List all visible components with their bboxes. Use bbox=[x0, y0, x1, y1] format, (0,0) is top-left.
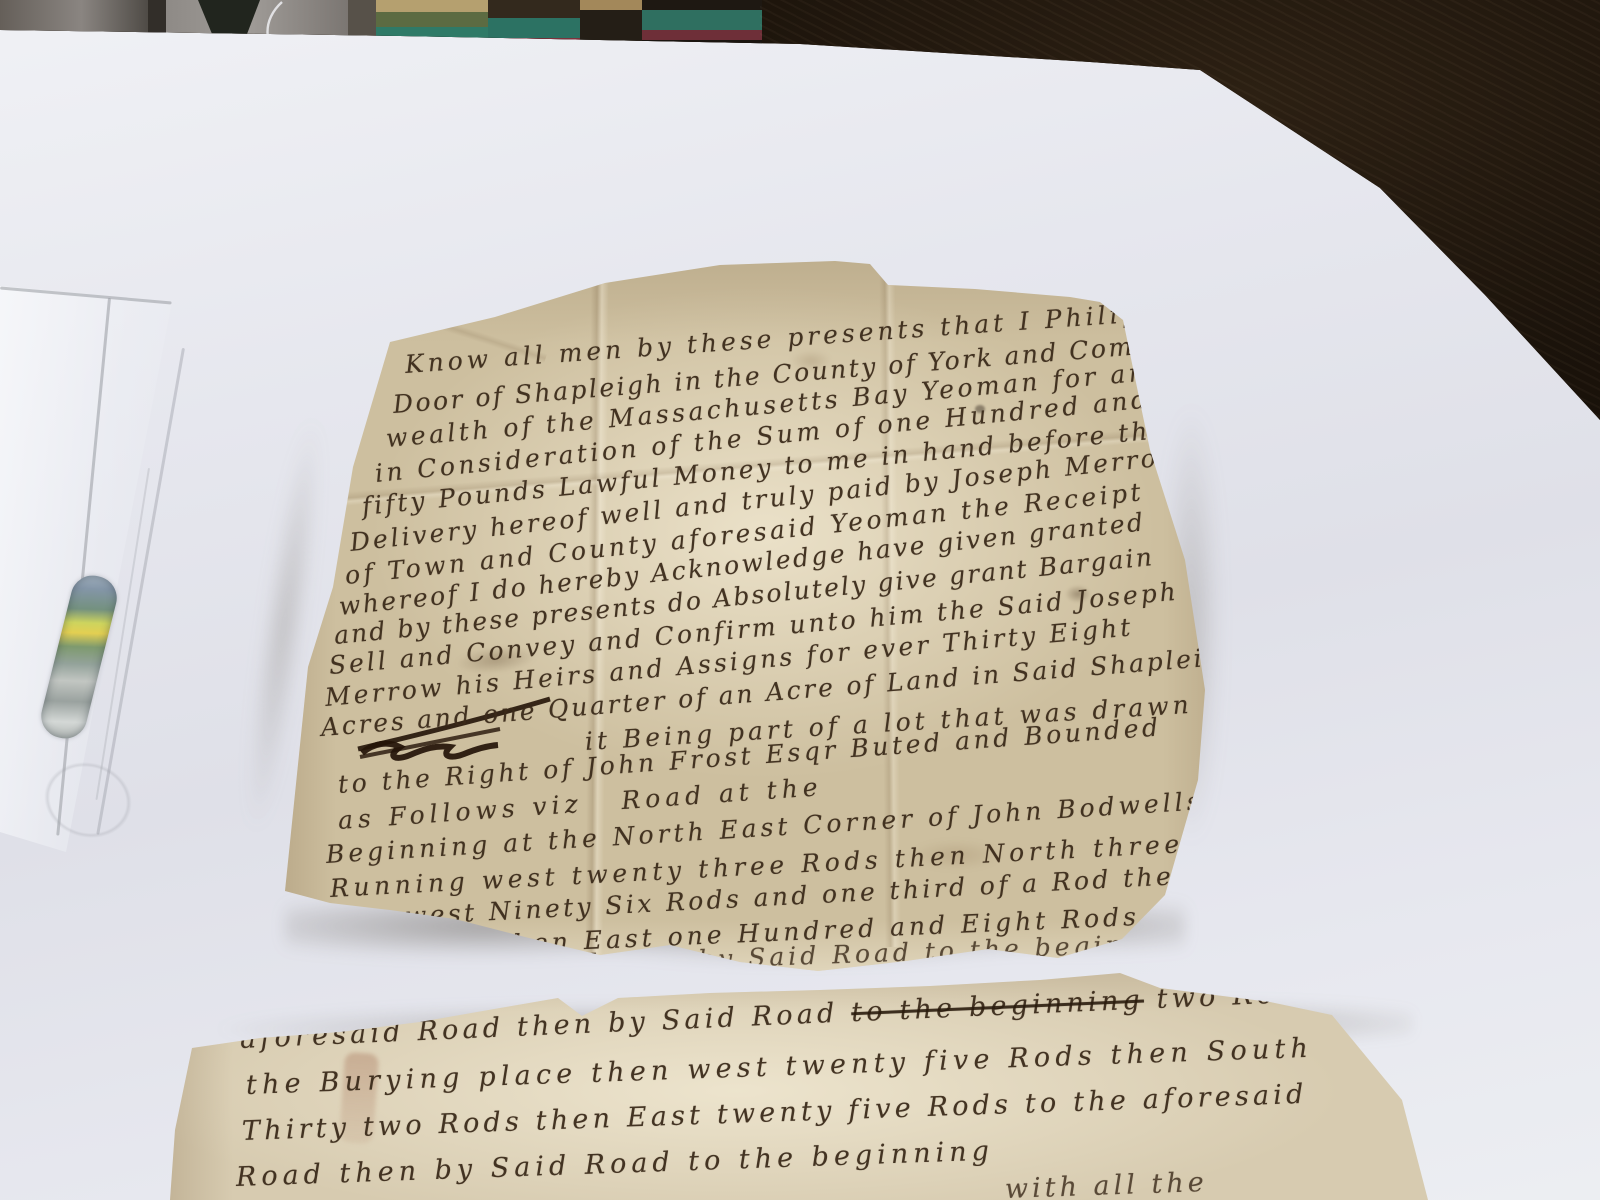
handwriting-line: Road then by Said Road to the beginning bbox=[235, 1136, 994, 1193]
struck-text: to the beginning bbox=[851, 985, 1145, 1029]
book-spines bbox=[642, 0, 762, 74]
main-document: Know all men by these presents that I Ph… bbox=[270, 255, 1220, 985]
shelf-pillar bbox=[348, 0, 376, 84]
shelf-pillar bbox=[0, 0, 148, 84]
shelf-gap bbox=[148, 0, 166, 84]
book-spines bbox=[376, 0, 488, 74]
photo-scene: Know all men by these presents that I Ph… bbox=[0, 0, 1600, 1200]
book-spines bbox=[488, 0, 580, 74]
handwriting-line: with all the bbox=[1004, 1167, 1208, 1200]
dark-wedge bbox=[198, 0, 260, 78]
book-spines bbox=[580, 0, 642, 74]
sleeve-embossing bbox=[10, 729, 166, 871]
bottom-document: aforesaid Road then by Said Road to the … bbox=[170, 958, 1430, 1200]
white-thread bbox=[252, 0, 294, 64]
plastic-sleeve bbox=[0, 282, 230, 862]
